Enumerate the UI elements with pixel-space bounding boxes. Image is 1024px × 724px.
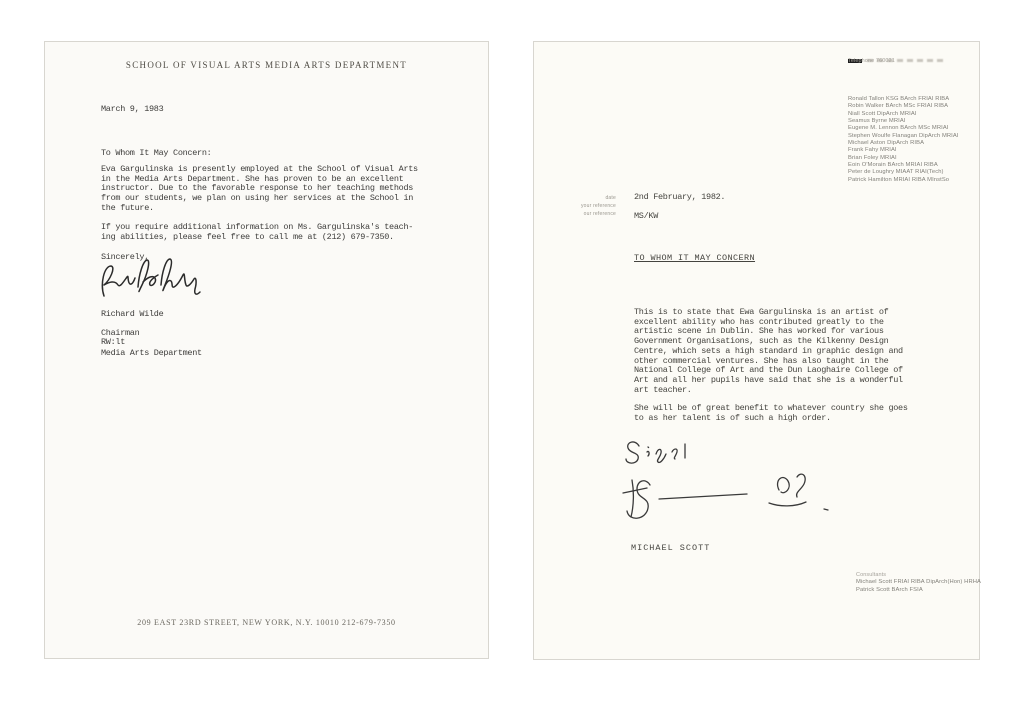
reference-code: MS/KW — [634, 212, 658, 222]
staff-name: Ronald Tallon KSG BArch FRIAI RIBA — [848, 96, 959, 103]
letter-date: 2nd February, 1982. — [634, 193, 725, 203]
signer-name: MICHAEL SCOTT — [631, 544, 710, 554]
body-paragraph-2: If you require additional information on… — [101, 223, 461, 242]
our-reference-label: our reference — [554, 211, 616, 217]
staff-name: Patrick Hamilton MRIAI RIBA MInstSo — [848, 177, 959, 184]
staff-name-list: Ronald Tallon KSG BArch FRIAI RIBA Robin… — [848, 96, 959, 184]
consultant-name: Michael Scott FRIAI RIBA DipArch(Hon) HR… — [856, 579, 981, 586]
staff-name: Seamus Byrne MRIAI — [848, 118, 959, 125]
staff-name: Stephen Woulfe Flanagan DipArch MRIAI — [848, 133, 959, 140]
salutation: To Whom It May Concern: — [101, 149, 211, 159]
body-paragraph-2: She will be of great benefit to whatever… — [634, 404, 954, 423]
signer-department: Media Arts Department — [101, 349, 202, 359]
staff-name: Robin Walker BArch MSc FRIAI RIBA — [848, 103, 959, 110]
staff-name: Eugene M. Lennon BArch MSc MRIAI — [848, 125, 959, 132]
consultant-name: Patrick Scott BArch FSIA — [856, 587, 981, 594]
signature-michael-scott — [619, 432, 854, 542]
consultants-label: Consultants — [856, 572, 981, 579]
scanned-letters-canvas: SCHOOL OF VISUAL ARTS MEDIA ARTS DEPARTM… — [0, 0, 1024, 724]
staff-name: Frank Fahy MRIAI — [848, 147, 959, 154]
body-paragraph-1: This is to state that Ewa Gargulinska is… — [634, 308, 954, 395]
staff-name: Eoin O'Morain BArch MRIAI RIBA — [848, 162, 959, 169]
letter-date: March 9, 1983 — [101, 105, 163, 115]
sva-address-footer: 209 EAST 23RD STREET, NEW YORK, N.Y. 100… — [45, 618, 488, 627]
body-paragraph-1: Eva Gargulinska is presently employed at… — [101, 165, 461, 214]
signer-name: Richard Wilde — [101, 310, 202, 320]
staff-name: Peter de Loughry MIAAT RIAI(Tech) — [848, 169, 959, 176]
staff-name: Niall Scott DipArch MRIAI — [848, 111, 959, 118]
typist-initials: RW:lt — [101, 338, 125, 348]
sva-letterhead: SCHOOL OF VISUAL ARTS MEDIA ARTS DEPARTM… — [45, 60, 488, 70]
consultants-footer: Consultants Michael Scott FRIAI RIBA Dip… — [856, 572, 981, 594]
letter-page-michael-scott: Telephone 760021 Ronald Tallon KSG BArch… — [533, 41, 980, 660]
date-label: date — [554, 195, 616, 201]
staff-name: Michael Aston DipArch RIBA — [848, 140, 959, 147]
your-reference-label: your reference — [554, 203, 616, 209]
letter-page-sva: SCHOOL OF VISUAL ARTS MEDIA ARTS DEPARTM… — [44, 41, 489, 659]
staff-name: Brian Foley MRIAI — [848, 155, 959, 162]
telephone-line: Telephone 760021 — [848, 58, 895, 65]
letter-heading: TO WHOM IT MAY CONCERN — [634, 254, 755, 264]
signature-block: Richard Wilde Chairman Media Arts Depart… — [101, 300, 202, 368]
signature-richard-wilde — [97, 254, 205, 304]
